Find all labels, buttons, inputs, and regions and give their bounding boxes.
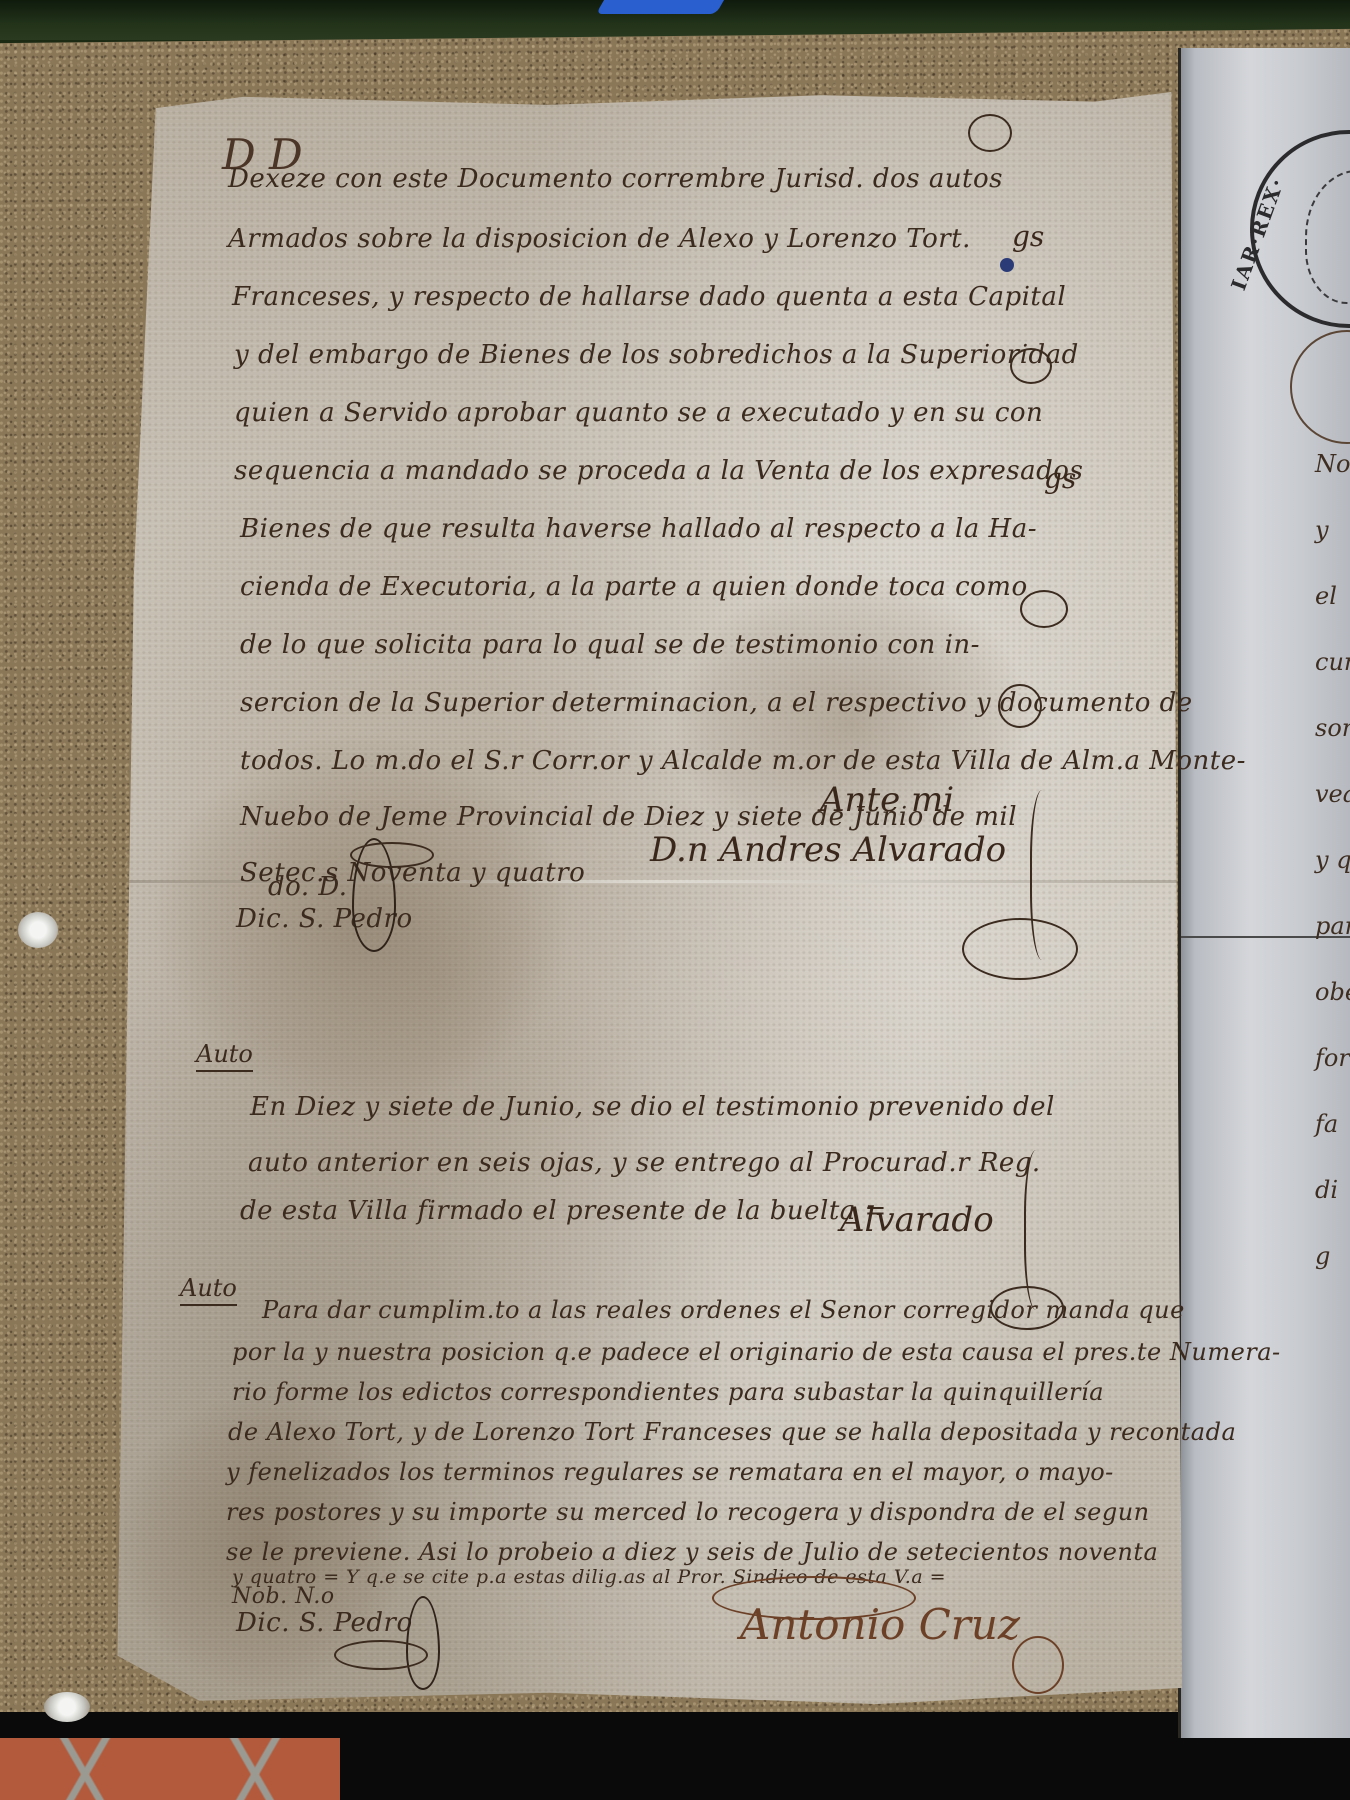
adjacent-page-text: No y el cum son vea y q par obe for fa d… [1315,450,1350,1308]
manuscript-line: sercion de la Superior determinacion, a … [240,688,1193,718]
auto-label: Auto [180,1274,237,1306]
manuscript-line: quien a Servido aprobar quanto se a exec… [234,398,1043,428]
margin-flourish [1010,348,1052,384]
manuscript-line: por la y nuestra posicion q.e padece el … [232,1338,1281,1366]
manuscript-line: En Diez y siete de Junio, se dio el test… [250,1092,1055,1122]
manuscript-line: de Alexo Tort, y de Lorenzo Tort Frances… [228,1418,1236,1446]
margin-note: Dic. S. Pedro [236,1608,413,1638]
manuscript-line: Dexeze con este Documento corrembre Juri… [228,164,1003,194]
manuscript-line: de esta Villa firmado el presente de la … [240,1196,887,1226]
manuscript-line: todos. Lo m.do el S.r Corr.or y Alcalde … [240,746,1246,776]
text-fragment: par [1315,912,1350,978]
manuscript-line: Bienes de que resulta haverse hallado al… [240,514,1037,544]
manuscript-line: Armados sobre la disposicion de Alexo y … [228,224,971,254]
manuscript-line: se le previene. Asi lo probeio a diez y … [226,1538,1158,1566]
margin-mark: gs [1012,220,1044,253]
manuscript-line: cienda de Executoria, a la parte a quien… [240,572,1028,602]
text-fragment: vea [1315,780,1350,846]
margin-flourish [968,114,1012,152]
ink-blot [1000,258,1014,272]
text-fragment: No [1315,450,1350,516]
manuscript-line: rio forme los edictos correspondientes p… [232,1378,1104,1406]
manuscript-line: sequencia a mandado se proceda a la Vent… [234,456,1083,486]
manuscript-line: Franceses, y respecto de hallarse dado q… [232,282,1066,312]
signature-alvarado: Alvarado [840,1200,994,1240]
text-fragment: obe [1315,978,1350,1044]
text-fragment: for [1315,1044,1350,1110]
manuscript-line: y del embargo de Bienes de los sobredich… [234,340,1079,370]
margin-mark: gs [1044,462,1076,495]
manuscript-line: auto anterior en seis ojas, y se entrego… [248,1148,1041,1178]
manuscript-line: res postores y su importe su merced lo r… [226,1498,1150,1526]
rubric-flourish [334,1640,428,1670]
text-fragment: di [1315,1176,1350,1242]
text-fragment: y [1315,516,1350,582]
text-fragment: y q [1315,846,1350,912]
signature-flourish [1012,1636,1064,1694]
manuscript-line: de lo que solicita para lo qual se de te… [240,630,980,660]
margin-note: do. D. [268,872,348,902]
margin-flourish [998,684,1042,728]
rubric-flourish [350,842,434,868]
manuscript-line: y fenelizados los terminos regulares se … [226,1458,1114,1486]
pushpin [44,1692,90,1722]
margin-flourish [1020,590,1068,628]
manuscript-line: Para dar cumplim.to a las reales ordenes… [262,1296,1185,1324]
signature-ante-mi: Ante mi [820,780,954,820]
signature-flourish [712,1576,916,1620]
margin-flourish [962,918,1078,980]
auto-label: Auto [196,1040,253,1072]
text-fragment: cum [1315,648,1350,714]
signature-andres-alvarado: D.n Andres Alvarado [650,830,1006,870]
margin-note: Nob. N.o [232,1584,335,1609]
text-fragment: fa [1315,1110,1350,1176]
pushpin [18,912,58,948]
blue-object [596,0,724,14]
terracotta-tiles [0,1738,340,1800]
text-fragment: son [1315,714,1350,780]
text-fragment: el [1315,582,1350,648]
text-fragment: g [1315,1242,1350,1308]
